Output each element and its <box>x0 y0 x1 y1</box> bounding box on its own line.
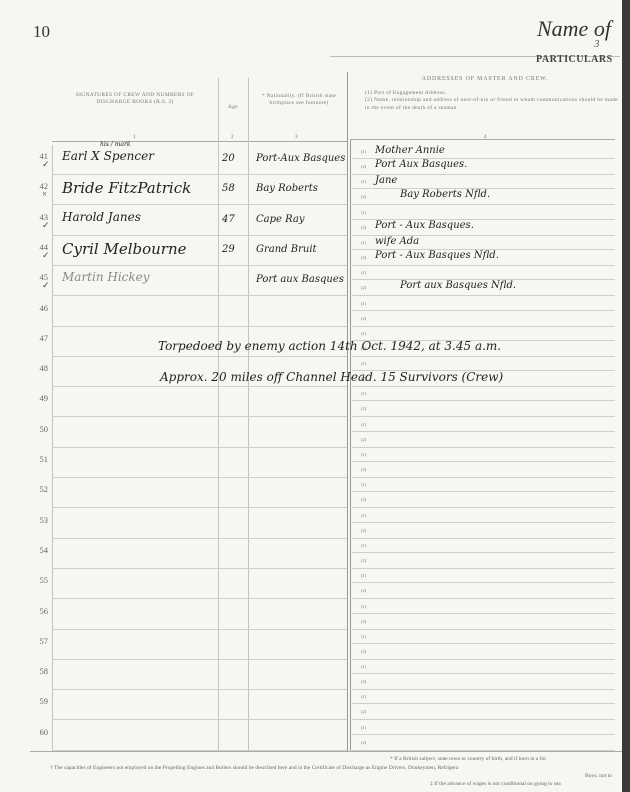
address-sub-label-2: (2) <box>361 316 366 321</box>
row-number: 46 <box>28 303 48 313</box>
row-rule <box>52 568 347 569</box>
row-rule <box>52 689 347 690</box>
row-rule <box>52 629 347 630</box>
address-port-of-engagement: wife Ada <box>375 236 419 247</box>
address-sub-label-2: (2) <box>361 437 366 442</box>
signature-mark-note: his / mark <box>100 141 130 148</box>
address-sub-label-1: (1) <box>361 149 366 154</box>
col-divider-age <box>218 78 219 750</box>
section-heading: PARTICULARS <box>536 54 613 65</box>
footnote-dagger: † The capacities of Engineers not employ… <box>50 765 458 771</box>
row-rule <box>52 659 347 660</box>
row-rule <box>52 356 347 357</box>
sub-row-rule <box>352 734 615 735</box>
crew-signature: Martin Hickey <box>62 270 150 284</box>
address-sub-label-1: (1) <box>361 452 366 457</box>
address-sub-label-2: (2) <box>361 588 366 593</box>
colnum-3: 3 <box>295 135 298 140</box>
page-title-subscript: 3 <box>594 38 600 50</box>
address-port-of-engagement: Mother Annie <box>375 145 445 156</box>
address-sub-label-2: (2) <box>361 194 366 199</box>
sub-row-rule <box>352 356 615 357</box>
sub-row-rule <box>352 598 615 599</box>
crew-signature: Bride FitzPatrick <box>62 179 191 197</box>
address-sub-label-1: (1) <box>361 422 366 427</box>
header-age: Age <box>220 104 246 111</box>
crew-nationality: Cape Ray <box>256 214 304 225</box>
row-number: 55 <box>28 575 48 585</box>
sub-row-rule <box>352 431 615 432</box>
sub-row-rule <box>352 538 615 539</box>
address-sub-label-1: (1) <box>361 604 366 609</box>
address-sub-label-2: (2) <box>361 225 366 230</box>
row-number: 47 <box>28 333 48 343</box>
row-rule <box>52 416 347 417</box>
address-next-of-kin: Port - Aux Basques Nfld. <box>375 250 499 261</box>
address-sub-label-2: (2) <box>361 406 366 411</box>
row-number: 57 <box>28 636 48 646</box>
crew-signature: Harold Janes <box>62 210 141 224</box>
row-number: 50 <box>28 424 48 434</box>
crew-nationality: Port aux Basques <box>256 274 344 285</box>
address-next-of-kin: Port Aux Basques. <box>375 159 467 170</box>
sub-row-rule <box>352 629 615 630</box>
address-sub-label-1: (1) <box>361 482 366 487</box>
row-rule <box>52 750 347 751</box>
check-mark-icon: ✓ <box>42 250 50 261</box>
sub-row-rule <box>352 659 615 660</box>
address-sub-label-1: (1) <box>361 270 366 275</box>
row-rule <box>52 477 347 478</box>
row-rule <box>52 598 347 599</box>
check-mark-icon: ✓ <box>42 159 50 170</box>
address-sub-label-2: (2) <box>361 558 366 563</box>
address-next-of-kin: Port aux Basques Nfld. <box>400 280 516 291</box>
address-sub-label-2: (2) <box>361 467 366 472</box>
header-signatures: SIGNATURES OF CREW AND NUMBERS OF DISCHA… <box>60 92 210 107</box>
crew-nationality: Port-Aux Basques <box>256 153 345 164</box>
address-sub-label-1: (1) <box>361 664 366 669</box>
address-sub-label-1: (1) <box>361 725 366 730</box>
row-number: 49 <box>28 393 48 403</box>
header-bottom-rule-right <box>350 139 615 140</box>
row-number: 59 <box>28 696 48 706</box>
address-next-of-kin: Bay Roberts Nfld. <box>400 189 490 200</box>
row-rule <box>52 295 347 296</box>
col-divider-nationality <box>248 78 249 750</box>
address-sub-label-1: (1) <box>361 361 366 366</box>
crew-signature: Earl X Spencer <box>62 149 154 163</box>
row-rule <box>52 204 347 205</box>
address-sub-label-1: (1) <box>361 513 366 518</box>
address-sub-label-2: (2) <box>361 255 366 260</box>
address-sub-label-1: (1) <box>361 210 366 215</box>
sub-row-rule <box>352 461 615 462</box>
sub-row-rule <box>352 386 615 387</box>
address-sub-label-2: (2) <box>361 649 366 654</box>
address-sub-label-2: (2) <box>361 164 366 169</box>
sub-row-rule <box>352 416 615 417</box>
row-rule <box>52 538 347 539</box>
crew-age: 47 <box>222 214 235 225</box>
crew-age: 29 <box>222 244 235 255</box>
row-number: 48 <box>28 363 48 373</box>
footnote-double-dagger: ‡ If the advance of wages is not conditi… <box>430 781 561 787</box>
sub-row-rule <box>352 719 615 720</box>
sub-row-rule <box>352 491 615 492</box>
row-rule <box>52 235 347 236</box>
address-sub-label-2: (2) <box>361 709 366 714</box>
sub-row-rule <box>352 326 615 327</box>
sub-row-rule <box>352 295 615 296</box>
sub-row-rule <box>352 265 615 266</box>
row-number: 60 <box>28 727 48 737</box>
colnum-2: 2 <box>231 135 234 140</box>
row-number: 58 <box>28 666 48 676</box>
header-nationality: * Nationality. (If British state birthpl… <box>252 93 346 108</box>
sub-row-rule <box>352 689 615 690</box>
footnote-star: * If a British subject, state town or co… <box>390 756 546 762</box>
address-sub-label-1: (1) <box>361 331 366 336</box>
page-edge-shadow <box>622 0 630 792</box>
row-rule <box>52 174 347 175</box>
row-rule <box>52 447 347 448</box>
crew-age: 20 <box>222 153 235 164</box>
crew-signature: Cyril Melbourne <box>62 240 187 258</box>
row-number: 52 <box>28 484 48 494</box>
annotation-line-2: Approx. 20 miles off Channel Head. 15 Su… <box>160 370 503 384</box>
sub-row-rule <box>352 673 615 674</box>
sub-row-rule <box>352 400 615 401</box>
address-next-of-kin: Port - Aux Basques. <box>375 220 474 231</box>
address-sub-label-2: (2) <box>361 740 366 745</box>
page-number: 10 <box>33 22 50 42</box>
sub-row-rule <box>352 204 615 205</box>
row-rule <box>52 507 347 508</box>
row-number: 56 <box>28 606 48 616</box>
col-divider-addresses <box>347 72 348 752</box>
row-rule <box>52 719 347 720</box>
row-number: 53 <box>28 515 48 525</box>
address-sub-label-1: (1) <box>361 240 366 245</box>
sub-row-rule <box>352 643 615 644</box>
crew-nationality: Bay Roberts <box>256 183 318 194</box>
crew-nationality: Grand Bruit <box>256 244 317 255</box>
sub-row-rule <box>352 568 615 569</box>
row-number: 54 <box>28 545 48 555</box>
header-bottom-rule <box>52 141 347 142</box>
crew-age: 58 <box>222 183 235 194</box>
check-mark-icon: × <box>42 189 47 199</box>
address-sub-label-1: (1) <box>361 543 366 548</box>
sub-row-rule <box>352 552 615 553</box>
sub-row-rule <box>352 613 615 614</box>
sub-row-rule <box>352 477 615 478</box>
row-rule <box>52 326 347 327</box>
col-divider-addresses-inner <box>350 140 351 752</box>
address-sub-label-2: (2) <box>361 619 366 624</box>
address-sub-label-2: (2) <box>361 679 366 684</box>
header-addresses-items: (1) Port of Engagement Address. (2) Name… <box>365 90 620 112</box>
colnum-1: 1 <box>133 135 136 140</box>
address-sub-label-1: (1) <box>361 179 366 184</box>
sub-row-rule <box>352 703 615 704</box>
address-sub-label-1: (1) <box>361 694 366 699</box>
check-mark-icon: ✓ <box>42 220 50 231</box>
check-mark-icon: ✓ <box>42 280 50 291</box>
annotation-line-1: Torpedoed by enemy action 14th Oct. 1942… <box>158 339 501 353</box>
sub-row-rule <box>352 582 615 583</box>
address-sub-label-1: (1) <box>361 301 366 306</box>
address-port-of-engagement: Jane <box>375 175 397 186</box>
sub-row-rule <box>352 507 615 508</box>
row-number: 51 <box>28 454 48 464</box>
sub-row-rule <box>352 750 615 751</box>
header-addresses: ADDRESSES OF MASTER AND CREW. <box>360 75 610 83</box>
sub-row-rule <box>352 447 615 448</box>
address-sub-label-1: (1) <box>361 634 366 639</box>
sub-row-rule <box>352 522 615 523</box>
header-address-item-2: (2) Name, relationship and address of ne… <box>365 97 620 112</box>
address-sub-label-2: (2) <box>361 497 366 502</box>
address-sub-label-1: (1) <box>361 573 366 578</box>
row-rule <box>52 265 347 266</box>
address-sub-label-1: (1) <box>361 391 366 396</box>
footnote-dagger-cont: Boys; not to <box>585 773 612 779</box>
row-rule <box>52 386 347 387</box>
address-sub-label-2: (2) <box>361 285 366 290</box>
address-sub-label-2: (2) <box>361 528 366 533</box>
sub-row-rule <box>352 310 615 311</box>
